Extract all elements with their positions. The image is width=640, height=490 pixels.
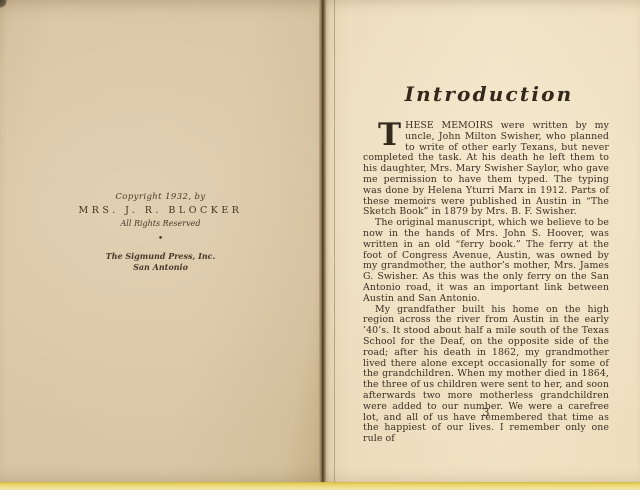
scanner-bed-strip bbox=[0, 482, 640, 490]
publisher-name: The Sigmund Press, Inc. bbox=[0, 251, 321, 261]
copyright-block: Copyright 1932, by MRS. J. R. BLOCKER Al… bbox=[0, 192, 321, 272]
left-page: Copyright 1932, by MRS. J. R. BLOCKER Al… bbox=[0, 0, 321, 483]
book-scan: Copyright 1932, by MRS. J. R. BLOCKER Al… bbox=[0, 0, 640, 490]
ornament-dot: • bbox=[0, 236, 321, 242]
page-number: 3 bbox=[363, 406, 609, 419]
copyright-date-line: Copyright 1932, by bbox=[0, 192, 321, 202]
publisher-city: San Antonio bbox=[0, 262, 321, 272]
body-text: THESE MEMOIRS were written by my uncle, … bbox=[363, 121, 609, 445]
paragraph-1: THESE MEMOIRS were written by my uncle, … bbox=[363, 121, 609, 218]
chapter-heading: Introduction bbox=[366, 82, 612, 106]
page-edge-line bbox=[334, 0, 335, 483]
rights-reserved-line: All Rights Reserved bbox=[0, 219, 321, 228]
copyright-holder: MRS. J. R. BLOCKER bbox=[0, 205, 321, 216]
paragraph-3: My grandfather built his home on the hig… bbox=[363, 305, 609, 445]
drop-cap: T bbox=[378, 122, 401, 150]
paragraph-2: The original manuscript, which we believ… bbox=[363, 218, 609, 304]
